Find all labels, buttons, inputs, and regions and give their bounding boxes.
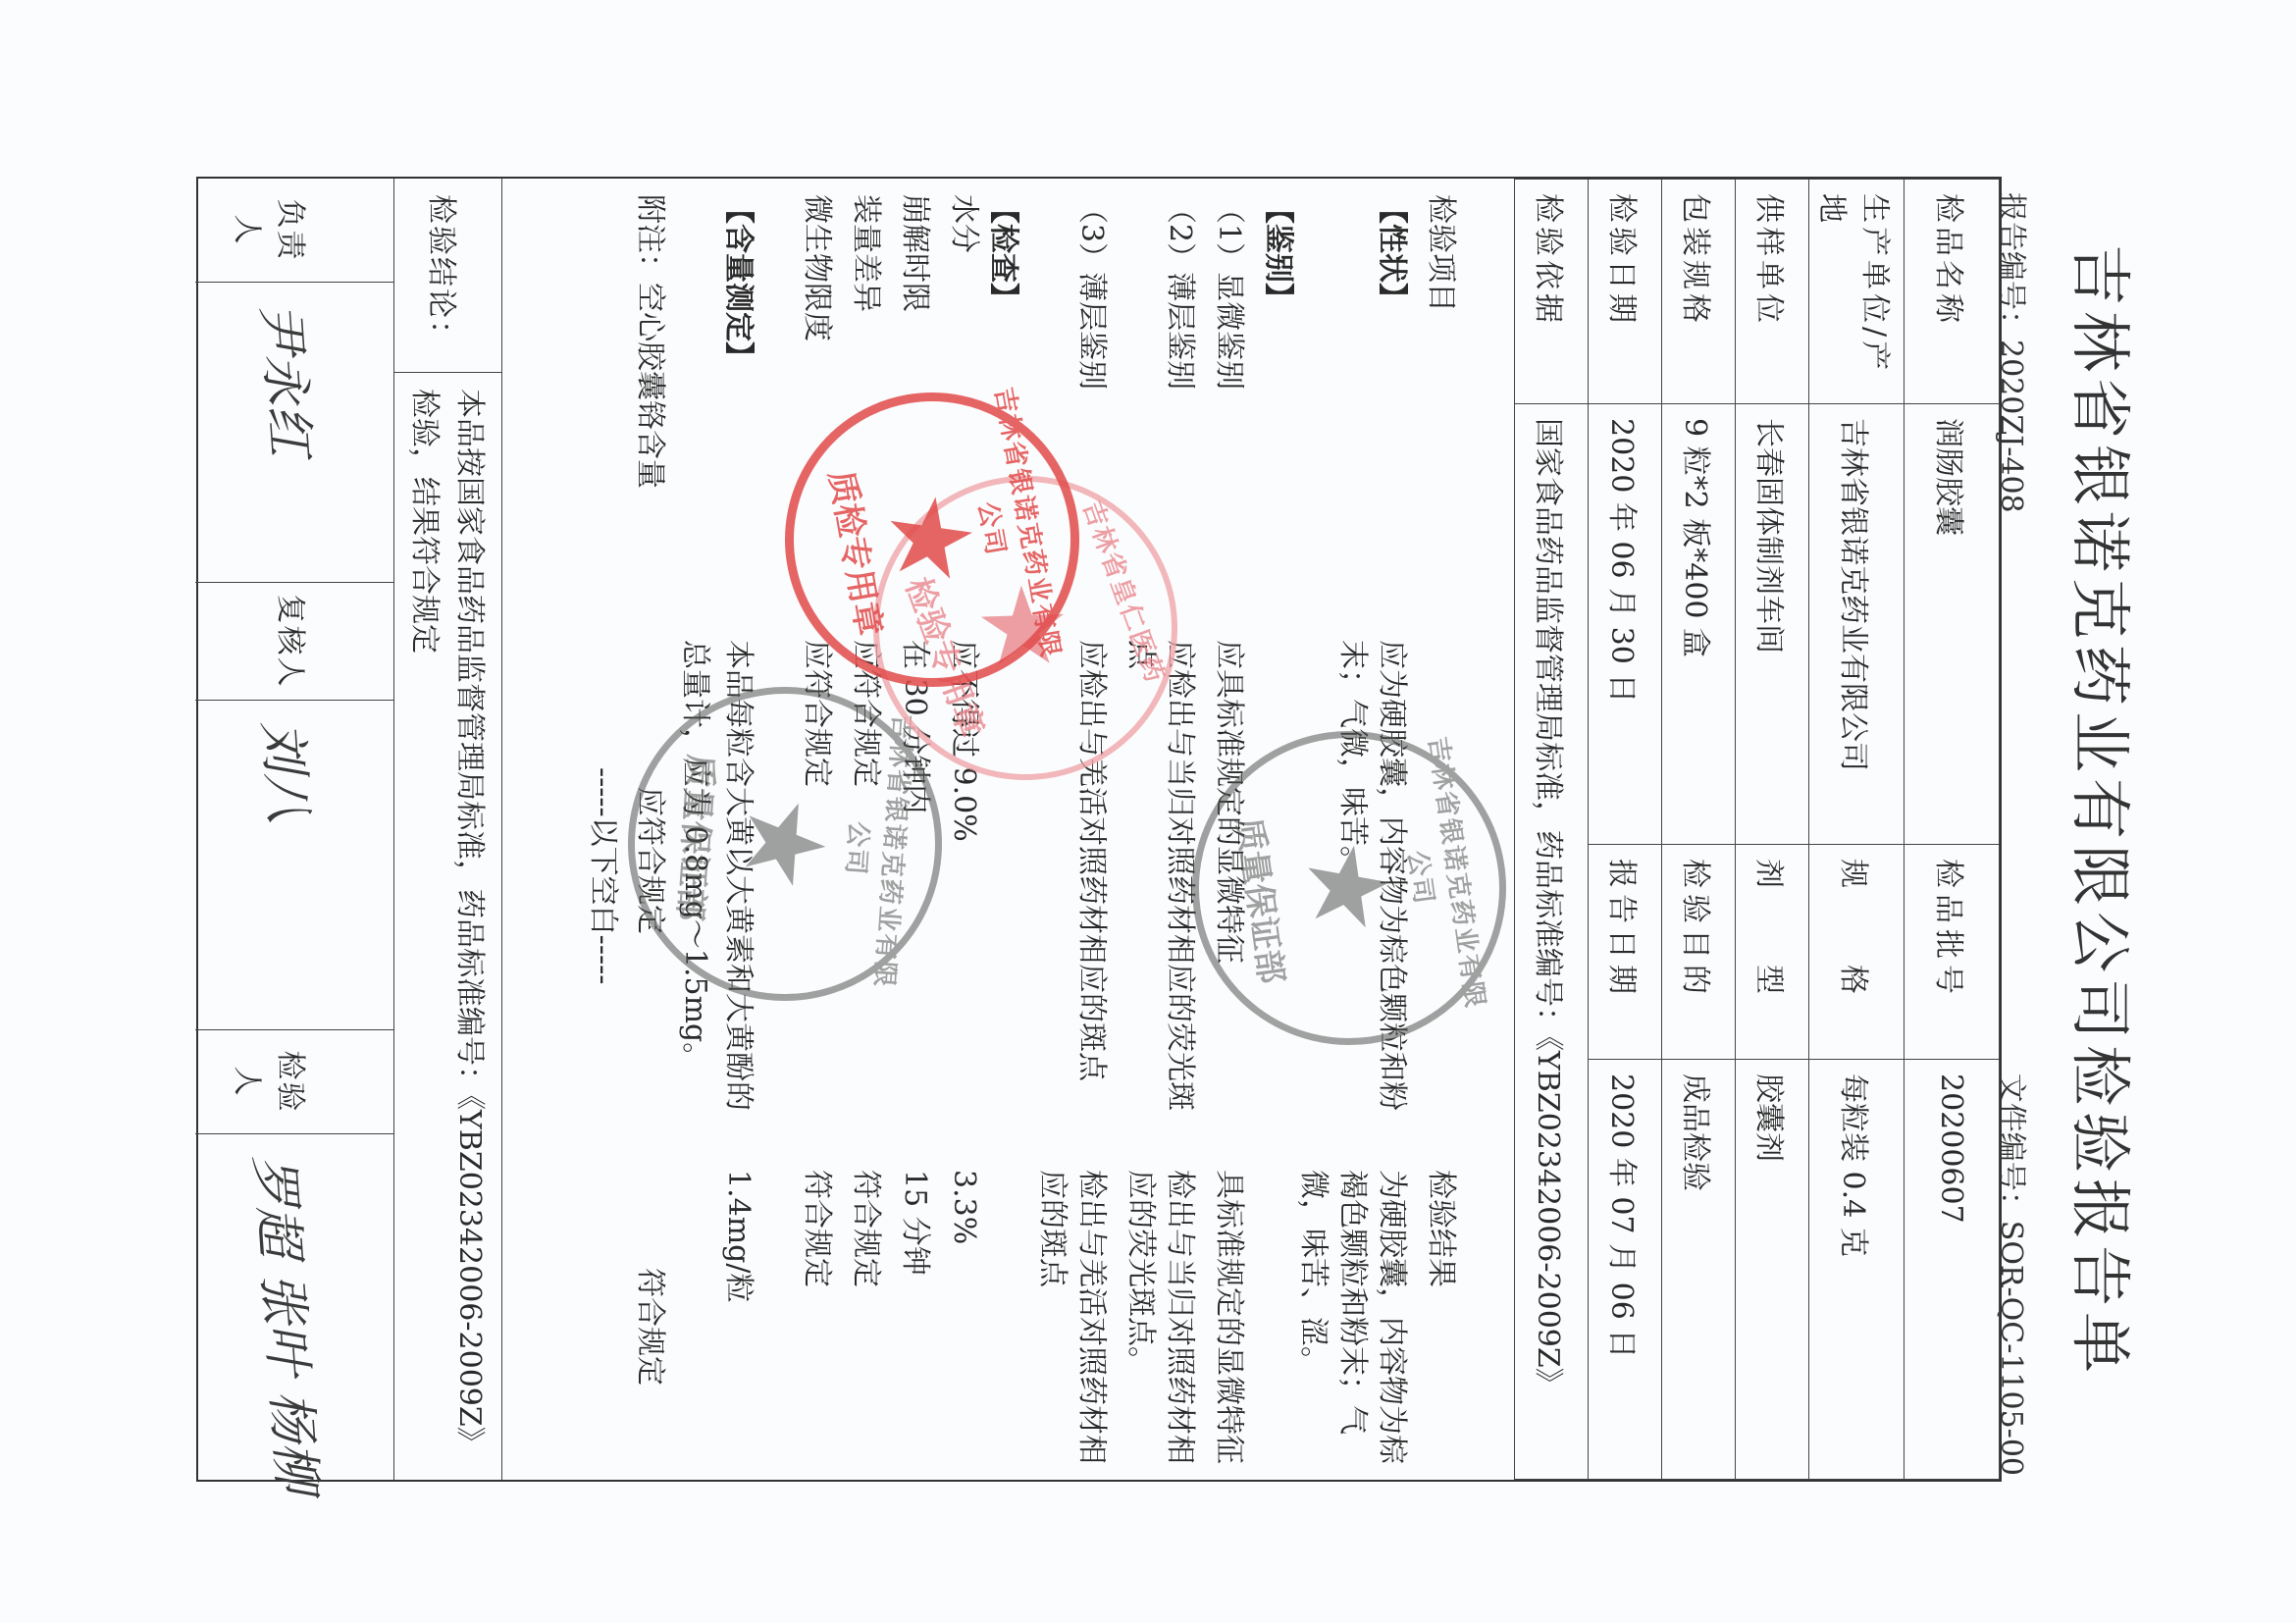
supplier-value: 长春固体制剂车间 <box>1736 404 1809 845</box>
identification-result-3: 检出与羌活对照药材相应的斑点 <box>1032 1170 1111 1464</box>
basis-label: 检验依据 <box>1515 180 1589 404</box>
inspection-item-2: 崩解时限 <box>895 194 934 312</box>
manufacturer-value: 吉林省银诺克药业有限公司 <box>1809 404 1905 845</box>
reviewer-signature: 刘八 <box>195 701 393 1030</box>
report-title: 吉林省银诺克药业有限公司检验报告单 <box>2061 0 2149 1623</box>
product-name-label: 检品名称 <box>1905 180 2000 404</box>
report-sheet: 吉林省银诺克药业有限公司检验报告单 报告编号：2020ZJ-408 文件编号：S… <box>0 0 2296 1623</box>
inspection-item-1: 水分 <box>944 194 983 253</box>
results-header: 检验结果 <box>1421 1170 1460 1287</box>
reviewer-label: 复核人 <box>195 583 393 701</box>
batch-value: 20200607 <box>1905 1060 2000 1480</box>
end-mark: -----以下空白----- <box>583 767 622 984</box>
signature-row: 负责人 尹永红 复核人 刘八 检验人 罗超 张叶 杨柳 <box>195 179 394 1480</box>
test-date-label: 检验日期 <box>1589 180 1662 404</box>
star-icon: ★ <box>728 792 843 896</box>
conclusion-text: 本品按国家食品药品监督管理局标准，药品标准编号：《YBZ02342006-200… <box>401 389 492 1456</box>
note-result: 符合规定 <box>630 1268 669 1386</box>
inspection-result-1: 3.3% <box>944 1170 983 1244</box>
star-icon: ★ <box>1289 833 1410 944</box>
test-date-value: 2020 年 06 月 30 日 <box>1589 404 1662 845</box>
package-label: 包装规格 <box>1662 180 1736 404</box>
responsible-signature: 尹永红 <box>195 283 393 583</box>
supplier-label: 供样单位 <box>1736 180 1809 404</box>
batch-label: 检品批号 <box>1905 845 2000 1060</box>
conclusion-label: 检验结论： <box>393 179 501 373</box>
character-result: 为硬胶囊，内容物为棕褐色颗粒和粉末；气微，味苦、涩。 <box>1293 1170 1411 1464</box>
character-title: 【性状】 <box>1372 194 1411 312</box>
responsible-signature-text: 尹永红 <box>248 300 333 458</box>
inspector-signature-text: 罗超 张叶 杨柳 <box>241 1152 339 1494</box>
inspection-item-4: 微生物限度 <box>797 194 836 341</box>
basis-value: 国家食品药品监督管理局标准，药品标准编号：《YBZ02342006-2009Z》 <box>1515 404 1589 1480</box>
assay-title: 【含量测定】 <box>718 194 757 371</box>
conclusion-line-1: 本品按国家食品药品监督管理局标准，药品标准编号：《YBZ02342006-200… <box>446 389 492 1456</box>
manufacturer-label: 生产单位/产地 <box>1809 180 1905 404</box>
info-table: 检品名称 润肠胶囊 检品批号 20200607 生产单位/产地 吉林省银诺克药业… <box>1514 179 2000 1480</box>
identification-title: 【鉴别】 <box>1258 194 1297 312</box>
purpose-value: 成品检验 <box>1662 1060 1736 1480</box>
purpose-label: 检验目的 <box>1662 845 1736 1060</box>
spec-value: 每粒装 0.4 克 <box>1809 1060 1905 1480</box>
assay-result: 1.4mg/粒 <box>718 1170 757 1302</box>
identification-item-1: （1）显微鉴别 <box>1209 194 1248 390</box>
identification-item-3: （3）薄层鉴别 <box>1071 194 1111 390</box>
spec-label: 规 格 <box>1809 845 1905 1060</box>
conclusion-line-2: 检验，结果符合规定 <box>401 389 446 1456</box>
report-date-value: 2020 年 07 月 06 日 <box>1589 1060 1662 1480</box>
inspection-title: 【检查】 <box>983 194 1022 312</box>
conclusion-row: 检验结论： 本品按国家食品药品监督管理局标准，药品标准编号：《YBZ023420… <box>393 179 502 1480</box>
reviewer-signature-text: 刘八 <box>249 718 330 825</box>
dosage-value: 胶囊剂 <box>1736 1060 1809 1480</box>
package-value: 9 粒*2 板*400 盒 <box>1662 404 1736 845</box>
inspection-item-3: 装量差异 <box>846 194 885 312</box>
report-frame: 检品名称 润肠胶囊 检品批号 20200607 生产单位/产地 吉林省银诺克药业… <box>196 177 2002 1482</box>
inspector-signature: 罗超 张叶 杨柳 <box>195 1134 393 1480</box>
identification-result-2: 检出与当归对照药材相应的荧光斑点。 <box>1121 1170 1199 1464</box>
note-label: 附注：空心胶囊铬含量 <box>630 194 669 489</box>
inspector-label: 检验人 <box>195 1030 393 1134</box>
responsible-label: 负责人 <box>195 179 393 283</box>
items-header: 检验项目 <box>1421 194 1460 312</box>
identification-result-1: 具标准规定的显微特征 <box>1209 1170 1248 1464</box>
identification-item-2: （2）薄层鉴别 <box>1160 194 1199 390</box>
inspection-result-2: 15 分钟 <box>895 1170 934 1276</box>
dosage-label: 剂 型 <box>1736 845 1809 1060</box>
inspection-result-3: 符合规定 <box>846 1170 885 1287</box>
report-date-label: 报告日期 <box>1589 845 1662 1060</box>
inspection-result-4: 符合规定 <box>797 1170 836 1287</box>
product-name-value: 润肠胶囊 <box>1905 404 2000 845</box>
